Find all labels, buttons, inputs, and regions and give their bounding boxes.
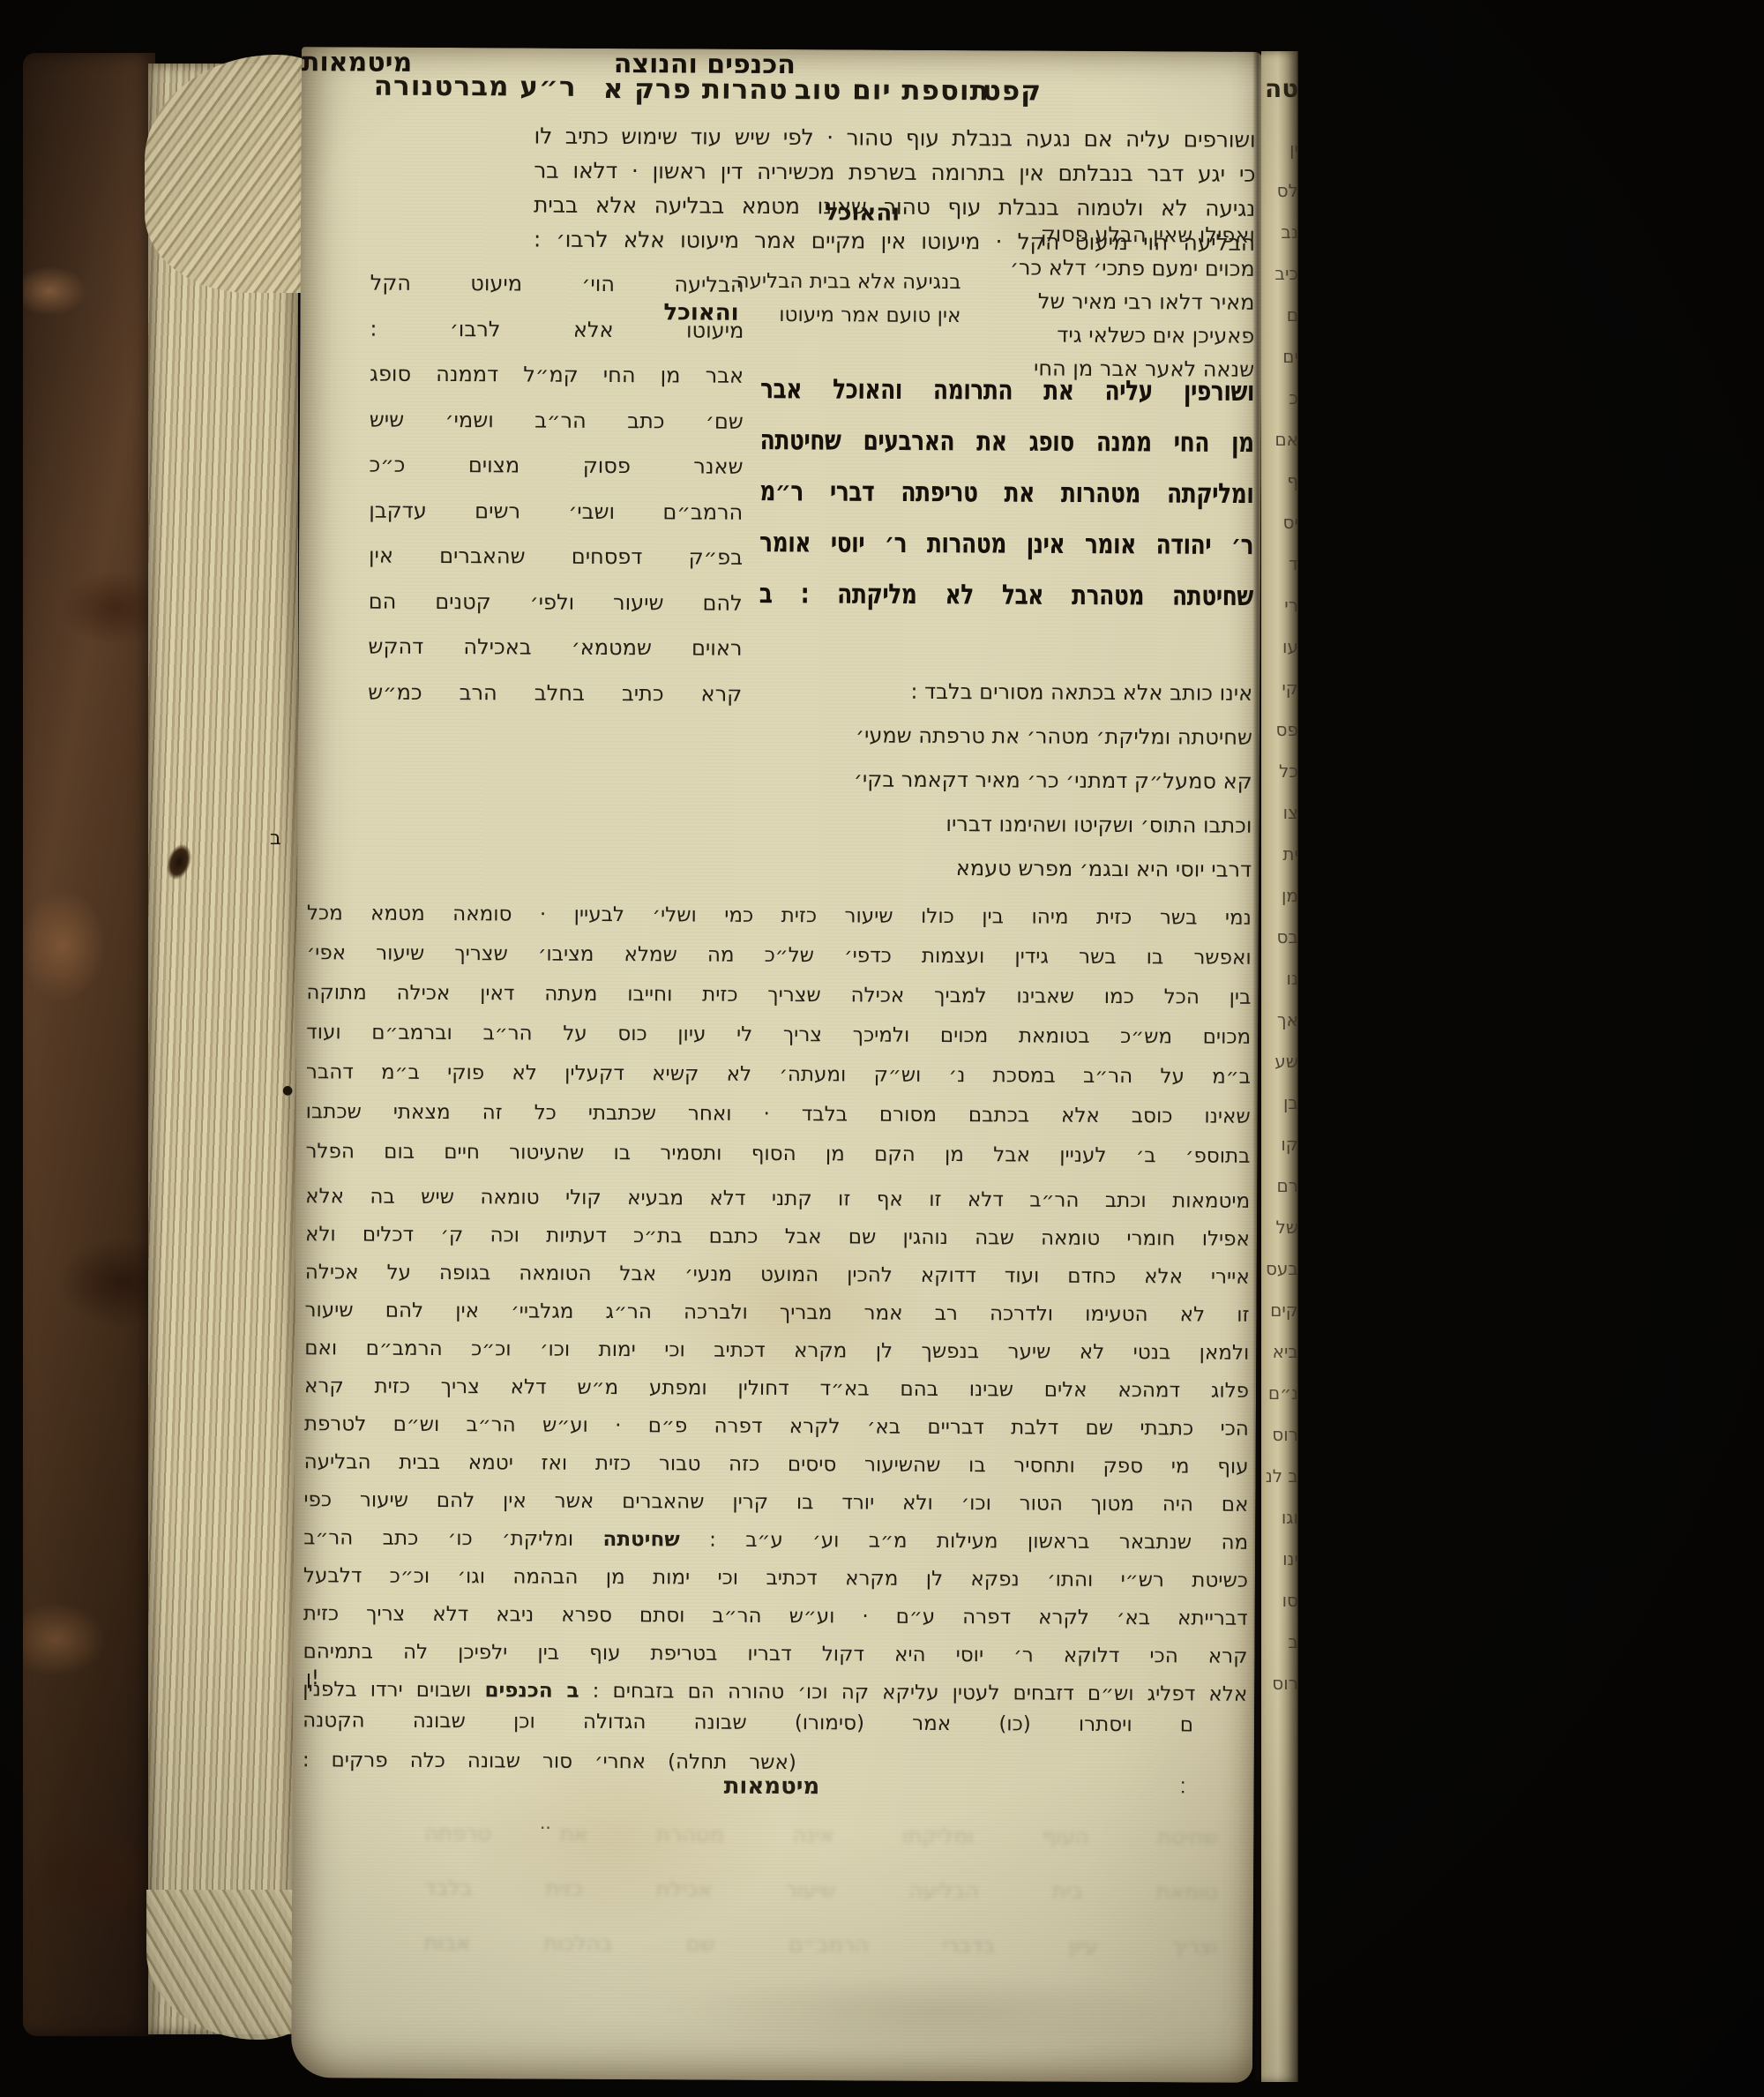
commentary-line: ם ויסתרו (כו) אמר (סימורו) שבונה הגדולה …: [303, 1709, 1193, 1736]
commentary-line: ראוים שמטמא׳ באכילה דהקש: [368, 625, 742, 672]
commentary-line: זו לא הטעימו ולדרכה רב אמר מבריך ולברכה …: [304, 1292, 1249, 1335]
commentary-line: ואפשר בו בשר גידין ועצמות כדפי׳ של״כ מה …: [307, 933, 1252, 978]
commentary-line: מכוים ימעם פתכי׳ דלא כר׳: [964, 251, 1255, 286]
text-fragment: קו: [1263, 1124, 1298, 1165]
commentary-line: מכוים מש״כ בטומאת מכוים ולמיכך צריך לי ע…: [306, 1013, 1251, 1058]
sof-pasuk-mark: ׃: [1180, 1773, 1186, 1798]
text-fragment: ד: [1263, 543, 1298, 585]
text-fragment: אם: [1263, 419, 1298, 461]
commentary-line: אין טועם אמר מיעוטו: [749, 298, 960, 333]
commentary-line: כי יגע דבר בנבלתם אין בתרומה בשרפת מכשיר…: [534, 154, 1255, 191]
margin-mark: ●: [282, 1083, 293, 1097]
text-fragment: צו: [1263, 792, 1298, 834]
commentary-line: שאנר פסוק מצוים כ״כ: [369, 443, 743, 491]
text-fragment: כיב: [1263, 253, 1298, 295]
commentary-line: מה שנתבאר בראשון מעילות מ״ב וע׳ ע״ב : שח…: [303, 1519, 1248, 1562]
commentary-line: ואפילו שאין הבלע פסוק: [964, 217, 1255, 252]
bold-lemma: שחיטתה: [603, 1528, 680, 1551]
text-fragment: קי: [1263, 668, 1298, 709]
page-edge-stack: [148, 64, 298, 2034]
commentary-line: בתוספ׳ ב׳ לעניין אבל מן הקם מן הסוף ותסמ…: [305, 1132, 1250, 1177]
margin-mark: ··: [540, 1817, 551, 1839]
commentary-line: הכי כתבתי שם דלבת דבריים בא׳ לקרא דפרה פ…: [304, 1405, 1249, 1449]
text-fragment: ב: [1263, 1621, 1298, 1663]
text-fragment: לס: [1263, 170, 1298, 212]
text-fragment: בעס: [1263, 1248, 1298, 1290]
book-photo: ר״ע מברטנורה טהרות פרק א תוספת יום טוב ק…: [0, 0, 1764, 2097]
lemma-vehaochel: והאוכל: [663, 299, 738, 326]
bartenura-column: הבליעה הוי׳ מיעוט הקלמיעוטו אלא לרבו׳ :א…: [368, 261, 744, 717]
closing-line: ם ויסתרו (כו) אמר (סימורו) שבונה הגדולה …: [303, 1709, 1193, 1736]
catchword: מיטמאות: [724, 1773, 820, 1801]
commentary-line: עוף מי ספק ותחסיר בו שהשיעור סיסים כזה ט…: [304, 1443, 1249, 1487]
text-fragment: רוס: [1263, 1414, 1298, 1456]
text-fragment: יס: [1263, 502, 1298, 543]
commentary-line: אפילו חומרי טומאה שבה נוהגין שם אבל כתבם…: [305, 1216, 1250, 1259]
facing-header-fragment: טה: [1265, 74, 1298, 103]
header-commentary-tosafot-yomtov: תוספת יום טוב: [795, 74, 990, 107]
text-fragment: אך: [1263, 1000, 1298, 1041]
commentary-mid-block: בנגיעה אלא בבית הבליעהאין טועם אמר מיעוט…: [749, 265, 960, 333]
text-fragment: ביא: [1263, 1331, 1298, 1373]
commentary-line: כשיטת רש״י והתו׳ נפקא לן מקרא דכתיב וכי …: [303, 1557, 1248, 1600]
commentary-line: וכתבו התוס׳ ושקיטו ושהימנו דבריו: [758, 801, 1252, 848]
commentary-line: ב״מ על הר״ב במסכת נ׳ וש״ק ומעתה׳ לא קשיא…: [306, 1052, 1251, 1097]
facing-page-edge: טה יןלסנבכיבםיםכאםףיסדריעוקיפסכלצויתמןבס…: [1261, 51, 1298, 2082]
commentary-line: להם שיעור ולפי׳ קטנים הם: [369, 579, 743, 626]
text-fragment: קים: [1263, 1290, 1298, 1331]
text-fragment: וגו: [1263, 1497, 1298, 1539]
commentary-line: איירי אלא כחדם ועוד דדוקא להכין המועט מנ…: [305, 1254, 1250, 1297]
commentary-wide-block: נמי בשר כזית מיהו בין כולו שיעור כזית כמ…: [305, 894, 1252, 1177]
text-fragment: סו: [1263, 1580, 1298, 1621]
text-fragment: ים: [1263, 336, 1298, 378]
text-fragment: נו: [1263, 958, 1298, 1000]
margin-mark: !ן: [306, 1667, 319, 1689]
text-fragment: רם: [1263, 1165, 1298, 1207]
text-fragment: רוס: [1263, 1663, 1298, 1704]
commentary-line: ולמאן בנטי לא שיער בנפשך לן מקרא דכתיב ו…: [304, 1329, 1249, 1373]
text-fragment: ין: [1263, 129, 1298, 170]
text-fragment: שע: [1263, 1041, 1298, 1082]
commentary-line: הרמב״ם ושבי׳ רשים עדקבן: [369, 488, 743, 535]
text-fragment: כל: [1263, 751, 1298, 792]
text-fragment: בן: [1263, 1082, 1298, 1124]
text-fragment: ינו: [1263, 1539, 1298, 1580]
commentary-line: מיטמאות וכתב הר״ב דלא זו אף זו קתני דלא …: [305, 1178, 1250, 1221]
commentary-line: מאיר דלאו רבי מאיר של: [963, 284, 1254, 319]
text-fragment: כ: [1263, 378, 1298, 419]
commentary-line: אינו כותב אלא בכתאה מסורים בלבד :: [759, 669, 1252, 715]
commentary-line: בפ״ק דפסחים שהאברים אין: [369, 534, 743, 581]
commentary-line: בנגיעה אלא בבית הבליעה: [750, 265, 961, 299]
commentary-line: בין הכל כמו שאבינו למביך אכילה שצריך כזי…: [306, 973, 1251, 1018]
commentary-line: אבר מן החי קמ״ל דממנה סופג: [370, 352, 744, 400]
commentary-line: פאעיכן אים כשלאי גיד: [963, 318, 1254, 353]
commentary-line: שם׳ כתב הר״ב ושמי׳ שיש: [370, 397, 744, 445]
header-commentary-bartenura: ר״ע מברטנורה: [374, 71, 577, 103]
text-fragment: רי: [1263, 585, 1298, 626]
commentary-line: פלוג דמהכא אלים שבינו בהם בא״ד דחולין ומ…: [304, 1367, 1249, 1411]
commentary-line: נמי בשר כזית מיהו בין כולו שיעור כזית כמ…: [307, 894, 1252, 939]
closing-line-last: (אשר תחלה) אחרי׳ סור שבונה כלה פרקים :: [303, 1749, 796, 1774]
page-gutter-crease: [1252, 51, 1261, 2080]
mishnah-line: שחיטתה מטהרת אבל לא מליקתה : ב: [759, 562, 1253, 628]
mishnah-text-block: ושורפין עליה את התרומה והאוכל אברמן החי …: [759, 364, 1255, 623]
header-tractate-chapter: טהרות פרק א: [603, 73, 789, 106]
text-segment: אלא דפליג וש״ם דזבחים לעטין עליקא קה וכו…: [593, 1680, 1248, 1706]
commentary-line: אלא דפליג וש״ם דזבחים לעטין עליקא קה וכו…: [303, 1671, 1247, 1714]
commentary-line: ושורפים עליה אם נגעה בנבלת עוף טהור · לפ…: [534, 119, 1255, 157]
lemma-vehaochel-2: והאוכל: [825, 199, 900, 226]
bleed-through-text: וצריך עיון בדברי הרמב״ם שם בהלכות אבות: [424, 1930, 1218, 1959]
text-fragment: ם: [1263, 295, 1298, 336]
text-fragment: פס: [1263, 709, 1298, 751]
text-segment: מה שנתבאר בראשון מעילות מ״ב וע׳ ע״ב :: [709, 1529, 1248, 1554]
text-segment: ומליקת׳ כו׳ כתב הר״ב: [303, 1526, 573, 1551]
commentary-line: קרא הכי דלוקא ר׳ יוסי היא דקול דבריו בטר…: [303, 1633, 1247, 1676]
commentary-line: דרבי יוסי היא ובגמ׳ מפרש טעמא: [758, 845, 1252, 892]
commentary-line: קרא כתיב בחלב הרב כמ״ש: [368, 670, 742, 717]
margin-mark: ב: [270, 828, 281, 850]
text-fragment: עו: [1263, 626, 1298, 668]
bold-lemma: ב הכנפים: [484, 1679, 579, 1703]
text-fragment: נב: [1263, 212, 1298, 253]
commentary-under-mishnah: אינו כותב אלא בכתאה מסורים בלבד :שחיטתה …: [758, 669, 1252, 892]
printed-page: ר״ע מברטנורה טהרות פרק א תוספת יום טוב ק…: [291, 47, 1263, 2083]
header-folio-number: קפט: [983, 75, 1042, 107]
facing-text-fragments: יןלסנבכיבםיםכאםףיסדריעוקיפסכלצויתמןבסנוא…: [1263, 129, 1298, 1704]
commentary-line: (אשר תחלה) אחרי׳ סור שבונה כלה פרקים :: [303, 1749, 796, 1774]
text-fragment: בס: [1263, 917, 1298, 958]
text-fragment: של: [1263, 1207, 1298, 1248]
text-segment: ושבוים ירדו בלפנין: [303, 1678, 471, 1702]
text-fragment: נ״ם: [1263, 1373, 1298, 1414]
commentary-line: אם היה מטוך הטור וכו׳ ולא יורד בו קרין ש…: [303, 1481, 1248, 1524]
ink-smudge: [661, 1972, 1208, 2054]
text-fragment: ף: [1263, 461, 1298, 502]
commentary-line: שאינו כוסב אלא בכתבם מסורם בלבד · ואחר ש…: [306, 1092, 1251, 1137]
commentary-line: דברייתא בא׳ לקרא דפרה ע״ם · וע״ש הר״ב וס…: [303, 1595, 1248, 1638]
book-cover-marbled: [23, 53, 155, 2036]
commentary-line: קא סמעל״ק דמתני׳ כר׳ מאיר דקאמר בקי׳: [759, 757, 1252, 804]
commentary-lower-block: מיטמאות וכתב הר״ב דלא זו אף זו קתני דלא …: [303, 1178, 1250, 1714]
text-fragment: ב לנ: [1263, 1456, 1298, 1497]
bleed-through-text: טומאת בית הבליעה שיעור אכילת כזית בלבד: [424, 1876, 1218, 1905]
commentary-line: שחיטתה ומליקת׳ מטהר׳ את טרפתה שמעי׳: [759, 713, 1252, 760]
text-fragment: מן: [1263, 875, 1298, 917]
text-fragment: ית: [1263, 834, 1298, 875]
